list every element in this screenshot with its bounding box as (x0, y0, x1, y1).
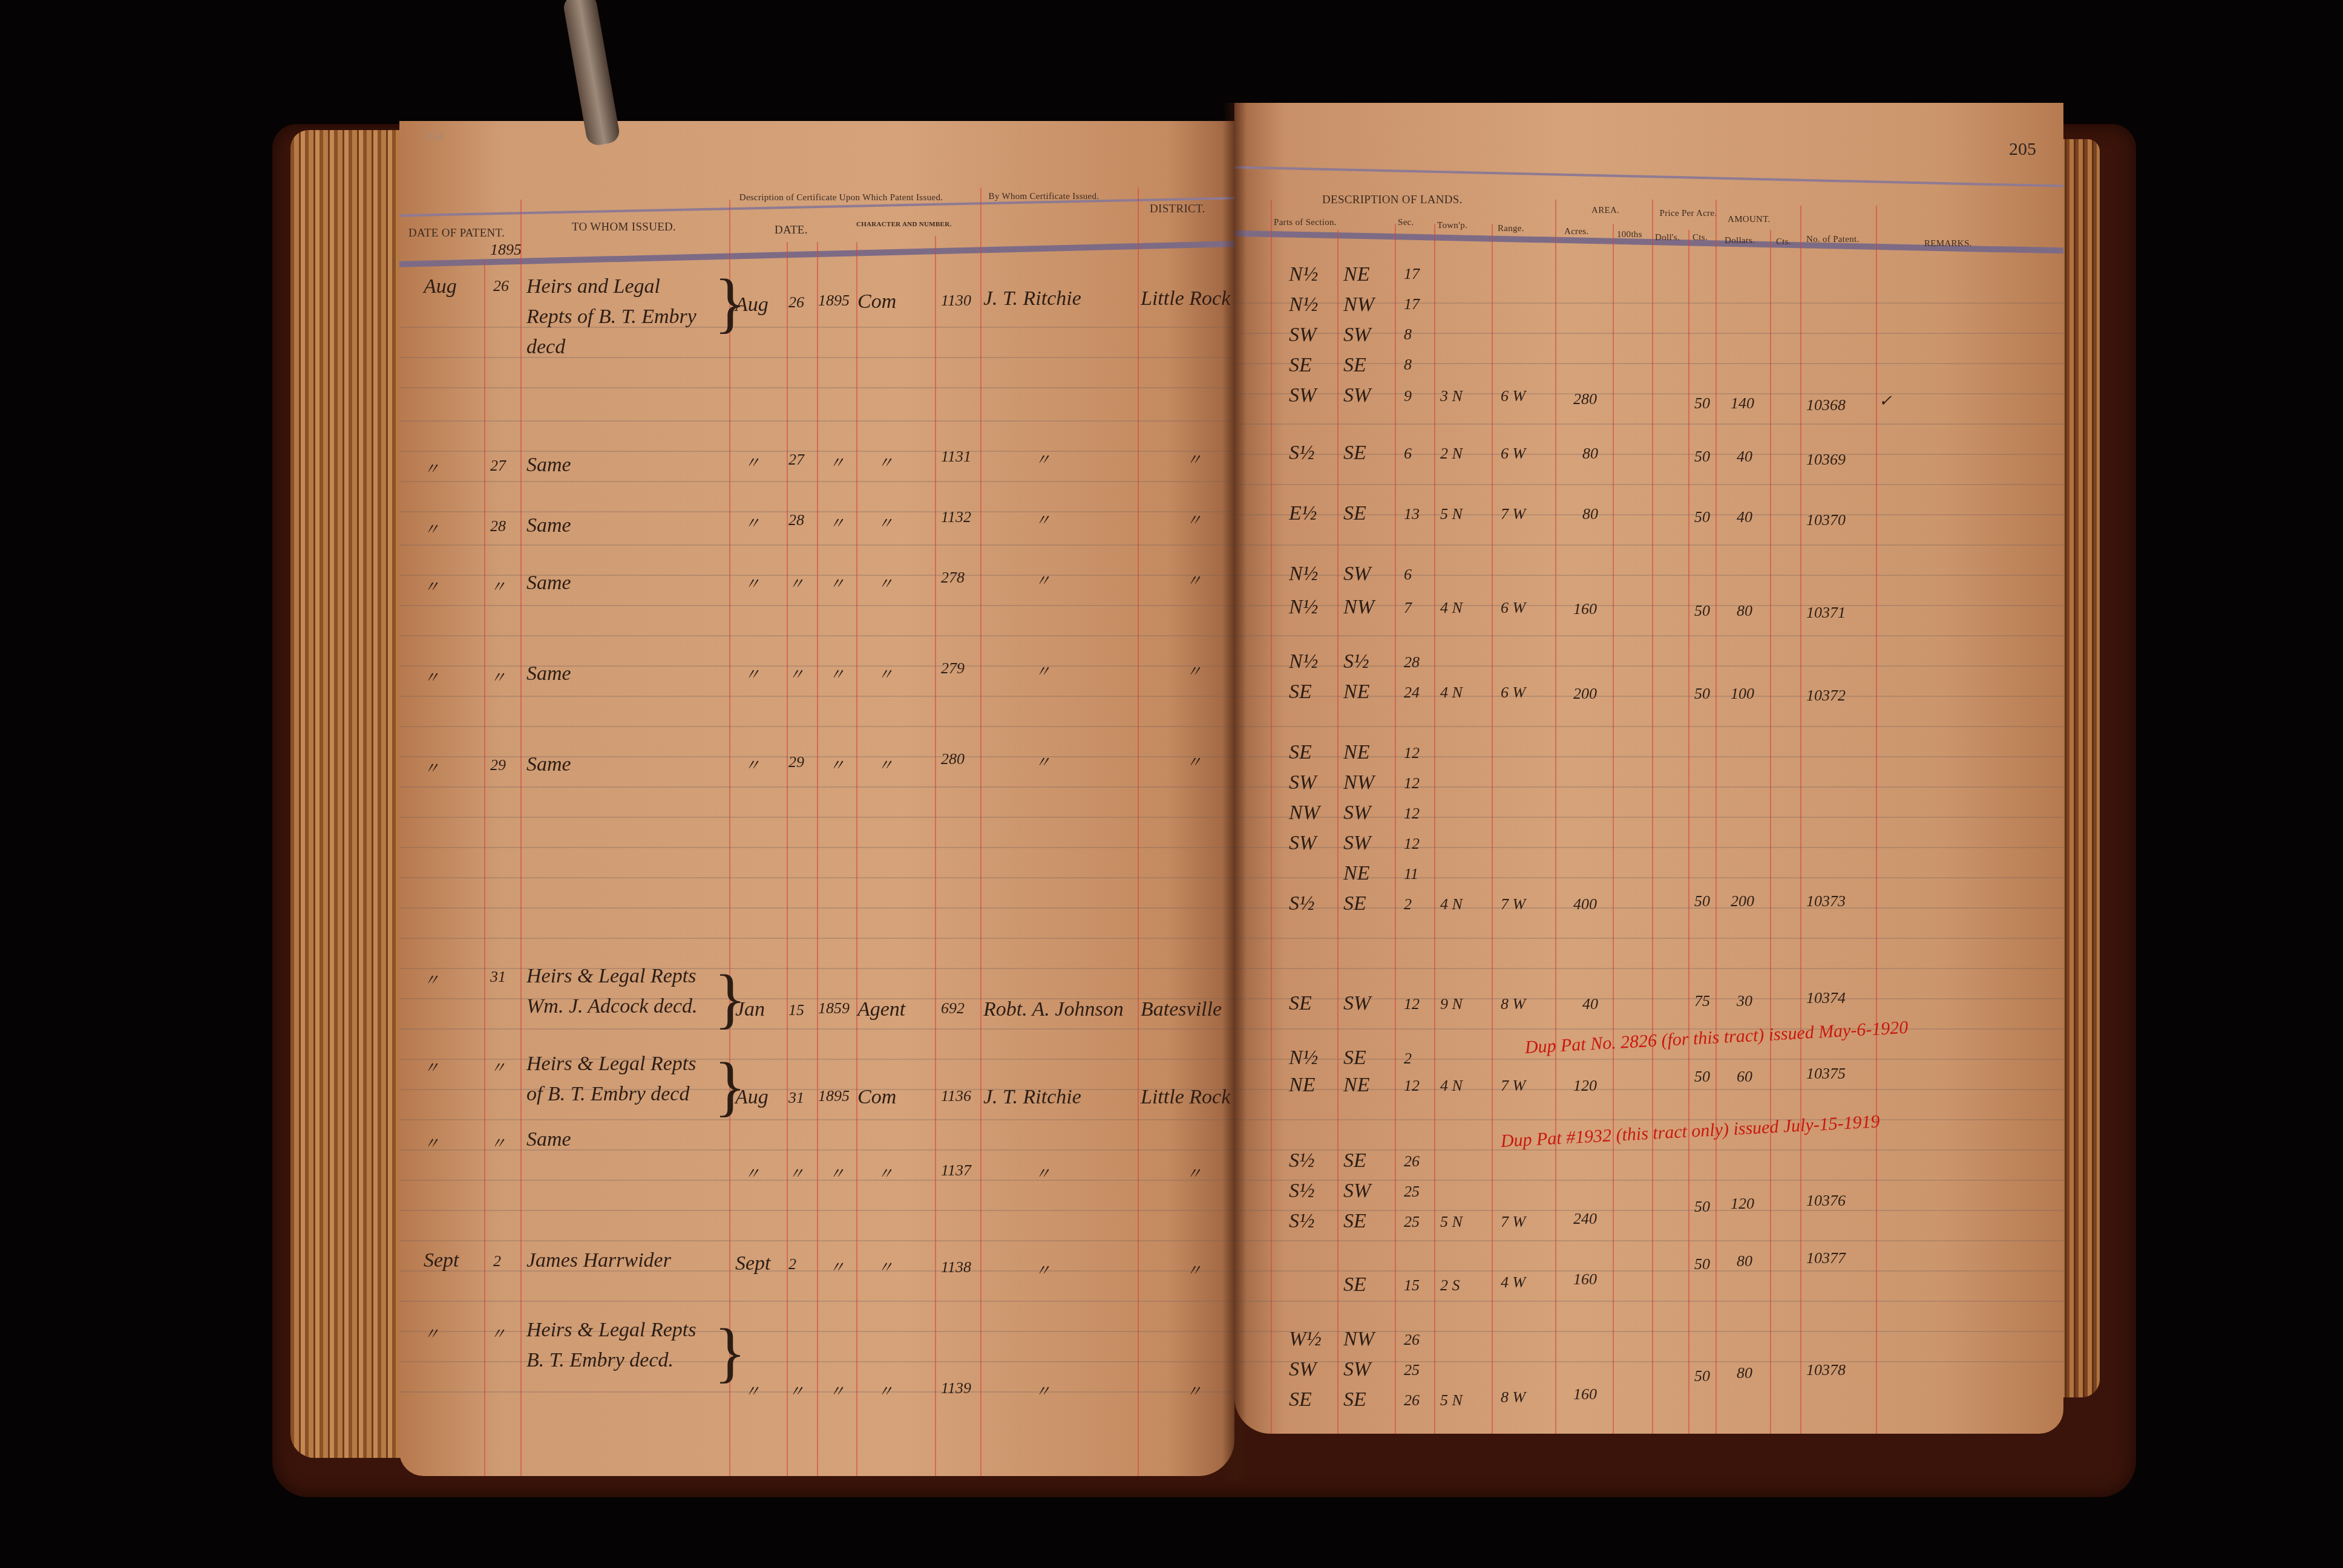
land-acres: 120 (1573, 1077, 1597, 1095)
cert-day: 〃 (788, 662, 804, 685)
land-quarter: NE (1343, 741, 1369, 764)
cert-number: 1136 (941, 1087, 971, 1105)
land-quarter: NE (1343, 263, 1369, 286)
land-range: 7 W (1501, 1077, 1525, 1095)
row-rule (399, 756, 1234, 757)
land-sec: 28 (1404, 653, 1420, 671)
col-by-whom: By Whom Certificate Issued. (983, 188, 1104, 206)
land-range: 7 W (1501, 895, 1525, 913)
land-range: 4 W (1501, 1273, 1525, 1292)
row-rule (1234, 544, 2063, 546)
row-rule (399, 665, 1234, 667)
land-sec: 12 (1404, 995, 1420, 1013)
cert-year: 1895 (818, 292, 850, 310)
patent-day: 〃 (490, 1322, 506, 1344)
to-whom-line: Wm. J. Adcock decd. (526, 995, 698, 1018)
patent-month: 〃 (424, 756, 439, 779)
patent-day: 28 (490, 517, 506, 535)
cert-number: 1138 (941, 1258, 971, 1276)
district: 〃 (1186, 448, 1202, 470)
row-rule (1234, 1119, 2063, 1120)
cert-day: 29 (788, 753, 804, 771)
cert-character: 〃 (877, 662, 893, 685)
price-cents: 50 (1694, 892, 1710, 910)
land-sec: 8 (1404, 356, 1412, 374)
patent-number: 10372 (1806, 687, 1846, 705)
patent-month: 〃 (424, 665, 439, 688)
land-sec: 25 (1404, 1361, 1420, 1379)
rule (1434, 224, 1435, 1434)
district: Little Rock (1141, 1086, 1230, 1109)
row-rule (399, 1391, 1234, 1393)
land-acres: 200 (1573, 685, 1597, 703)
row-rule (399, 511, 1234, 512)
district: Batesville (1141, 998, 1222, 1021)
to-whom-line: Heirs & Legal Repts (526, 965, 696, 988)
cert-character: Com (857, 1086, 896, 1109)
by-whom: J. T. Ritchie (983, 287, 1081, 310)
land-township: 4 N (1440, 895, 1463, 913)
cert-year: 〃 (829, 753, 845, 776)
amount-dollars: 200 (1731, 892, 1754, 910)
rule (935, 236, 936, 1476)
row-rule (399, 907, 1234, 909)
patent-day: 27 (490, 457, 506, 475)
patent-month: 〃 (424, 517, 439, 540)
price-cents: 50 (1694, 1198, 1710, 1216)
land-part: SW (1289, 832, 1316, 855)
land-range: 8 W (1501, 995, 1525, 1013)
faint-page-number: 204 (424, 128, 444, 144)
cert-month: 〃 (744, 1379, 760, 1402)
land-acres: 240 (1573, 1210, 1597, 1228)
patent-number: 10378 (1806, 1361, 1846, 1379)
cert-year: 〃 (829, 1255, 845, 1278)
row-rule (399, 605, 1234, 606)
land-range: 6 W (1501, 599, 1525, 617)
patent-day: 2 (493, 1252, 501, 1270)
land-acres: 40 (1582, 995, 1598, 1013)
rule (817, 242, 818, 1476)
district: 〃 (1186, 1258, 1202, 1281)
land-quarter: SE (1343, 892, 1366, 915)
to-whom-line: Same (526, 514, 571, 537)
land-quarter: NE (1343, 862, 1369, 885)
row-rule (399, 1210, 1234, 1211)
price-cents: 75 (1694, 992, 1710, 1010)
col-price-per-acre: Price Per Acre. (1658, 209, 1719, 218)
land-township: 4 N (1440, 684, 1463, 702)
land-sec: 15 (1404, 1276, 1420, 1295)
patent-month: 〃 (424, 968, 439, 990)
land-part: S½ (1289, 1210, 1315, 1233)
land-quarter: SW (1343, 992, 1371, 1015)
row-rule (399, 451, 1234, 452)
amount-dollars: 60 (1737, 1068, 1752, 1086)
rule (520, 200, 522, 1476)
cert-day: 26 (788, 293, 804, 312)
patent-month: 〃 (424, 1131, 439, 1154)
land-quarter: SE (1343, 354, 1366, 377)
right-page: 205 DESCRIPTION OF LANDS. Parts of Secti… (1234, 103, 2063, 1434)
land-part: N½ (1289, 263, 1318, 286)
cert-character: 〃 (877, 511, 893, 534)
col-price-dollars: Doll's. (1655, 233, 1680, 243)
land-quarter: SE (1343, 1149, 1366, 1172)
land-part: N½ (1289, 650, 1318, 673)
amount-dollars: 80 (1737, 1252, 1752, 1270)
page-edges-right (2057, 139, 2100, 1397)
cert-month: 〃 (744, 753, 760, 776)
red-annotation: Dup Pat #1932 (this tract only) issued J… (1500, 1111, 1880, 1152)
land-part: SW (1289, 384, 1316, 407)
col-description-of-lands: DESCRIPTION OF LANDS. (1322, 194, 1463, 207)
land-part: S½ (1289, 1180, 1315, 1203)
cert-month: 〃 (744, 511, 760, 534)
to-whom-line: Same (526, 454, 571, 477)
land-sec: 12 (1404, 1077, 1420, 1095)
rule (484, 260, 485, 1476)
by-whom: 〃 (1035, 659, 1050, 682)
amount-dollars: 80 (1737, 1364, 1752, 1382)
to-whom-line: Heirs and Legal (526, 275, 660, 298)
land-sec: 7 (1404, 599, 1412, 617)
by-whom: 〃 (1035, 569, 1050, 591)
to-whom-line: of B. T. Embry decd (526, 1083, 689, 1106)
to-whom-line: James Harrwider (526, 1249, 671, 1272)
land-township: 5 N (1440, 1213, 1463, 1231)
amount-dollars: 80 (1737, 602, 1752, 620)
to-whom-line: Same (526, 572, 571, 595)
land-part: SW (1289, 771, 1316, 794)
by-whom: 〃 (1035, 1258, 1050, 1281)
patent-number: 10370 (1806, 511, 1846, 529)
district: Little Rock (1141, 287, 1230, 310)
patent-month: Aug (424, 275, 457, 298)
row-rule (399, 938, 1234, 939)
district: 〃 (1186, 750, 1202, 773)
land-township: 5 N (1440, 505, 1463, 523)
land-part: W½ (1289, 1328, 1322, 1351)
cert-month: 〃 (744, 1161, 760, 1184)
land-sec: 17 (1404, 265, 1420, 283)
row-rule (399, 786, 1234, 788)
cert-character: Com (857, 290, 896, 313)
col-certificate-date: DATE. (775, 224, 808, 237)
row-rule (399, 1149, 1234, 1151)
land-sec: 12 (1404, 744, 1420, 762)
land-quarter: S½ (1343, 650, 1369, 673)
patent-month: 〃 (424, 457, 439, 479)
col-to-whom-issued: TO WHOM ISSUED. (572, 221, 676, 234)
amount-dollars: 40 (1737, 508, 1752, 526)
land-part: NE (1289, 1074, 1315, 1097)
cert-number: 692 (941, 999, 965, 1018)
patent-month: 〃 (424, 1322, 439, 1344)
cert-month: Aug (735, 1086, 768, 1109)
district: 〃 (1186, 659, 1202, 682)
row-rule (399, 1089, 1234, 1090)
col-certificate-group: Description of Certificate Upon Which Pa… (738, 192, 944, 203)
land-part: NW (1289, 802, 1320, 825)
row-rule (399, 635, 1234, 636)
to-whom-line: Heirs & Legal Repts (526, 1053, 696, 1076)
land-quarter: SW (1343, 384, 1371, 407)
land-quarter: SW (1343, 1358, 1371, 1381)
row-rule (399, 968, 1234, 969)
land-range: 8 W (1501, 1388, 1525, 1406)
row-rule (399, 481, 1234, 482)
col-amount-cents: Cts. (1776, 237, 1791, 247)
row-rule (1234, 1301, 2063, 1302)
by-whom: Robt. A. Johnson (983, 998, 1124, 1021)
col-hundredths: 100ths (1617, 230, 1642, 240)
land-part: SE (1289, 741, 1312, 764)
price-cents: 50 (1694, 1068, 1710, 1086)
cert-number: 280 (941, 750, 965, 768)
land-sec: 12 (1404, 805, 1420, 823)
land-township: 4 N (1440, 599, 1463, 617)
rule (1688, 230, 1689, 1434)
row-rule (399, 420, 1234, 422)
land-sec: 6 (1404, 566, 1412, 584)
cert-character: 〃 (877, 1161, 893, 1184)
cert-month: Jan (735, 998, 765, 1021)
land-range: 7 W (1501, 505, 1525, 523)
to-whom-line: Same (526, 753, 571, 776)
cert-character: 〃 (877, 451, 893, 473)
row-rule (399, 357, 1234, 358)
by-whom: 〃 (1035, 448, 1050, 470)
land-sec: 12 (1404, 774, 1420, 792)
col-sec: Sec. (1398, 218, 1414, 228)
land-part: N½ (1289, 596, 1318, 619)
to-whom-line: Same (526, 1128, 571, 1151)
cert-day: 27 (788, 451, 804, 469)
land-sec: 9 (1404, 387, 1412, 405)
to-whom-line: decd (526, 336, 565, 359)
cert-year: 〃 (829, 511, 845, 534)
cert-number: 1131 (941, 448, 971, 466)
district: 〃 (1186, 569, 1202, 591)
check-mark: ✓ (1879, 392, 1892, 410)
book-gutter (1222, 103, 1247, 1482)
patent-day: 31 (490, 968, 506, 986)
price-cents: 50 (1694, 602, 1710, 620)
cert-year: 〃 (829, 1379, 845, 1402)
land-township: 5 N (1440, 1391, 1463, 1410)
by-whom: 〃 (1035, 750, 1050, 773)
cert-day: 2 (788, 1255, 796, 1273)
land-acres: 160 (1573, 600, 1597, 618)
row-rule (399, 696, 1234, 697)
cert-year: 1895 (818, 1087, 850, 1105)
land-quarter: SW (1343, 832, 1371, 855)
patent-month: Sept (424, 1249, 459, 1272)
row-rule (399, 1028, 1234, 1030)
land-sec: 25 (1404, 1213, 1420, 1231)
land-part: S½ (1289, 892, 1315, 915)
land-quarter: NE (1343, 681, 1369, 704)
cert-number: 1132 (941, 508, 971, 526)
district: 〃 (1186, 1379, 1202, 1402)
page-number: 205 (2009, 139, 2036, 160)
cert-month: 〃 (744, 572, 760, 594)
rule (856, 242, 857, 1476)
row-rule (1234, 1270, 2063, 1272)
land-sec: 13 (1404, 505, 1420, 523)
land-quarter: NW (1343, 293, 1374, 316)
land-quarter: NW (1343, 771, 1374, 794)
row-rule (399, 387, 1234, 388)
land-sec: 24 (1404, 684, 1420, 702)
rule (1395, 224, 1396, 1434)
rule (787, 242, 788, 1476)
col-area: AREA. (1591, 206, 1619, 216)
col-township: Town'p. (1437, 221, 1467, 231)
land-sec: 25 (1404, 1183, 1420, 1201)
row-rule (399, 847, 1234, 848)
land-quarter: SE (1343, 1273, 1366, 1296)
cert-number: 1137 (941, 1161, 971, 1180)
row-rule (399, 1361, 1234, 1362)
land-acres: 160 (1573, 1385, 1597, 1403)
row-rule (399, 544, 1234, 546)
land-quarter: SW (1343, 1180, 1371, 1203)
to-whom-line: Heirs & Legal Repts (526, 1319, 696, 1342)
row-rule (1234, 938, 2063, 939)
row-rule (1234, 1240, 2063, 1241)
cert-number: 1139 (941, 1379, 971, 1397)
rule (1876, 206, 1877, 1434)
col-amount-dollars: Dollars. (1725, 236, 1755, 246)
cert-character: 〃 (877, 572, 893, 594)
land-quarter: SE (1343, 1210, 1366, 1233)
land-part: SE (1289, 992, 1312, 1015)
cert-year: 〃 (829, 1161, 845, 1184)
cert-year: 〃 (829, 572, 845, 594)
cert-character: 〃 (877, 1255, 893, 1278)
cert-day: 31 (788, 1089, 804, 1107)
land-range: 7 W (1501, 1213, 1525, 1231)
cert-day: 〃 (788, 1161, 804, 1184)
district: 〃 (1186, 1161, 1202, 1184)
land-range: 6 W (1501, 387, 1525, 405)
row-rule (399, 327, 1234, 328)
col-district: DISTRICT. (1150, 203, 1205, 216)
rule (1800, 206, 1801, 1434)
land-quarter: SE (1343, 1047, 1366, 1070)
cert-day: 〃 (788, 572, 804, 594)
to-whom-line: B. T. Embry decd. (526, 1349, 673, 1372)
land-quarter: SW (1343, 563, 1371, 586)
land-part: SW (1289, 324, 1316, 347)
col-patent-no: No. of Patent. (1806, 235, 1860, 245)
patent-number: 10376 (1806, 1192, 1846, 1210)
land-acres: 80 (1582, 445, 1598, 463)
price-cents: 50 (1694, 1255, 1710, 1273)
col-amount: AMOUNT. (1728, 215, 1771, 225)
land-sec: 2 (1404, 1050, 1412, 1068)
land-part: S½ (1289, 442, 1315, 465)
patent-day: 〃 (490, 575, 506, 597)
rule (1492, 224, 1493, 1434)
by-whom: 〃 (1035, 508, 1050, 531)
price-cents: 50 (1694, 394, 1710, 413)
row-rule (399, 1119, 1234, 1120)
amount-dollars: 120 (1731, 1195, 1754, 1213)
header-rule-top (1234, 166, 2063, 187)
cert-year: 〃 (829, 662, 845, 685)
land-acres: 400 (1573, 895, 1597, 913)
row-rule (399, 1270, 1234, 1272)
land-township: 2 N (1440, 445, 1463, 463)
land-acres: 160 (1573, 1270, 1597, 1289)
patent-day: 〃 (490, 1056, 506, 1078)
land-part: SW (1289, 1358, 1316, 1381)
amount-dollars: 100 (1731, 685, 1754, 703)
land-quarter: SW (1343, 802, 1371, 825)
cert-character: 〃 (877, 1379, 893, 1402)
land-sec: 11 (1404, 865, 1418, 883)
col-remarks: REMARKS. (1924, 239, 1972, 249)
land-part: E½ (1289, 502, 1317, 525)
price-cents: 50 (1694, 1367, 1710, 1385)
land-range: 6 W (1501, 684, 1525, 702)
land-quarter: NW (1343, 596, 1374, 619)
land-part: SE (1289, 1388, 1312, 1411)
rule (1337, 230, 1339, 1434)
row-rule (399, 877, 1234, 878)
land-sec: 26 (1404, 1331, 1420, 1349)
row-rule (1234, 726, 2063, 727)
land-quarter: SE (1343, 502, 1366, 525)
row-rule (399, 817, 1234, 818)
left-page: 204 DATE OF PATENT. 1895 TO WHOM ISSUED.… (399, 121, 1234, 1476)
cert-number: 279 (941, 659, 965, 678)
cert-number: 278 (941, 569, 965, 587)
patent-number: 10371 (1806, 604, 1846, 622)
land-part: N½ (1289, 1047, 1318, 1070)
land-part: N½ (1289, 563, 1318, 586)
land-quarter: NW (1343, 1328, 1374, 1351)
row-rule (399, 726, 1234, 727)
rule (729, 200, 730, 1476)
land-township: 4 N (1440, 1077, 1463, 1095)
by-whom: J. T. Ritchie (983, 1086, 1081, 1109)
cert-day: 28 (788, 511, 804, 529)
patent-number: 10373 (1806, 892, 1846, 910)
land-township: 2 S (1440, 1276, 1460, 1295)
col-parts-of-section: Parts of Section. (1274, 218, 1337, 228)
row-rule (1234, 1028, 2063, 1030)
land-quarter: SE (1343, 1388, 1366, 1411)
by-whom: 〃 (1035, 1379, 1050, 1402)
price-cents: 50 (1694, 448, 1710, 466)
land-sec: 8 (1404, 325, 1412, 344)
brace-mark: } (714, 1319, 746, 1385)
row-rule (399, 1059, 1234, 1060)
patent-month: 〃 (424, 1056, 439, 1078)
land-township: 9 N (1440, 995, 1463, 1013)
price-cents: 50 (1694, 508, 1710, 526)
patent-month: 〃 (424, 575, 439, 597)
rule (1770, 230, 1771, 1434)
cert-day: 〃 (788, 1379, 804, 1402)
price-cents: 50 (1694, 685, 1710, 703)
cert-day: 15 (788, 1001, 804, 1019)
cert-number: 1130 (941, 292, 971, 310)
